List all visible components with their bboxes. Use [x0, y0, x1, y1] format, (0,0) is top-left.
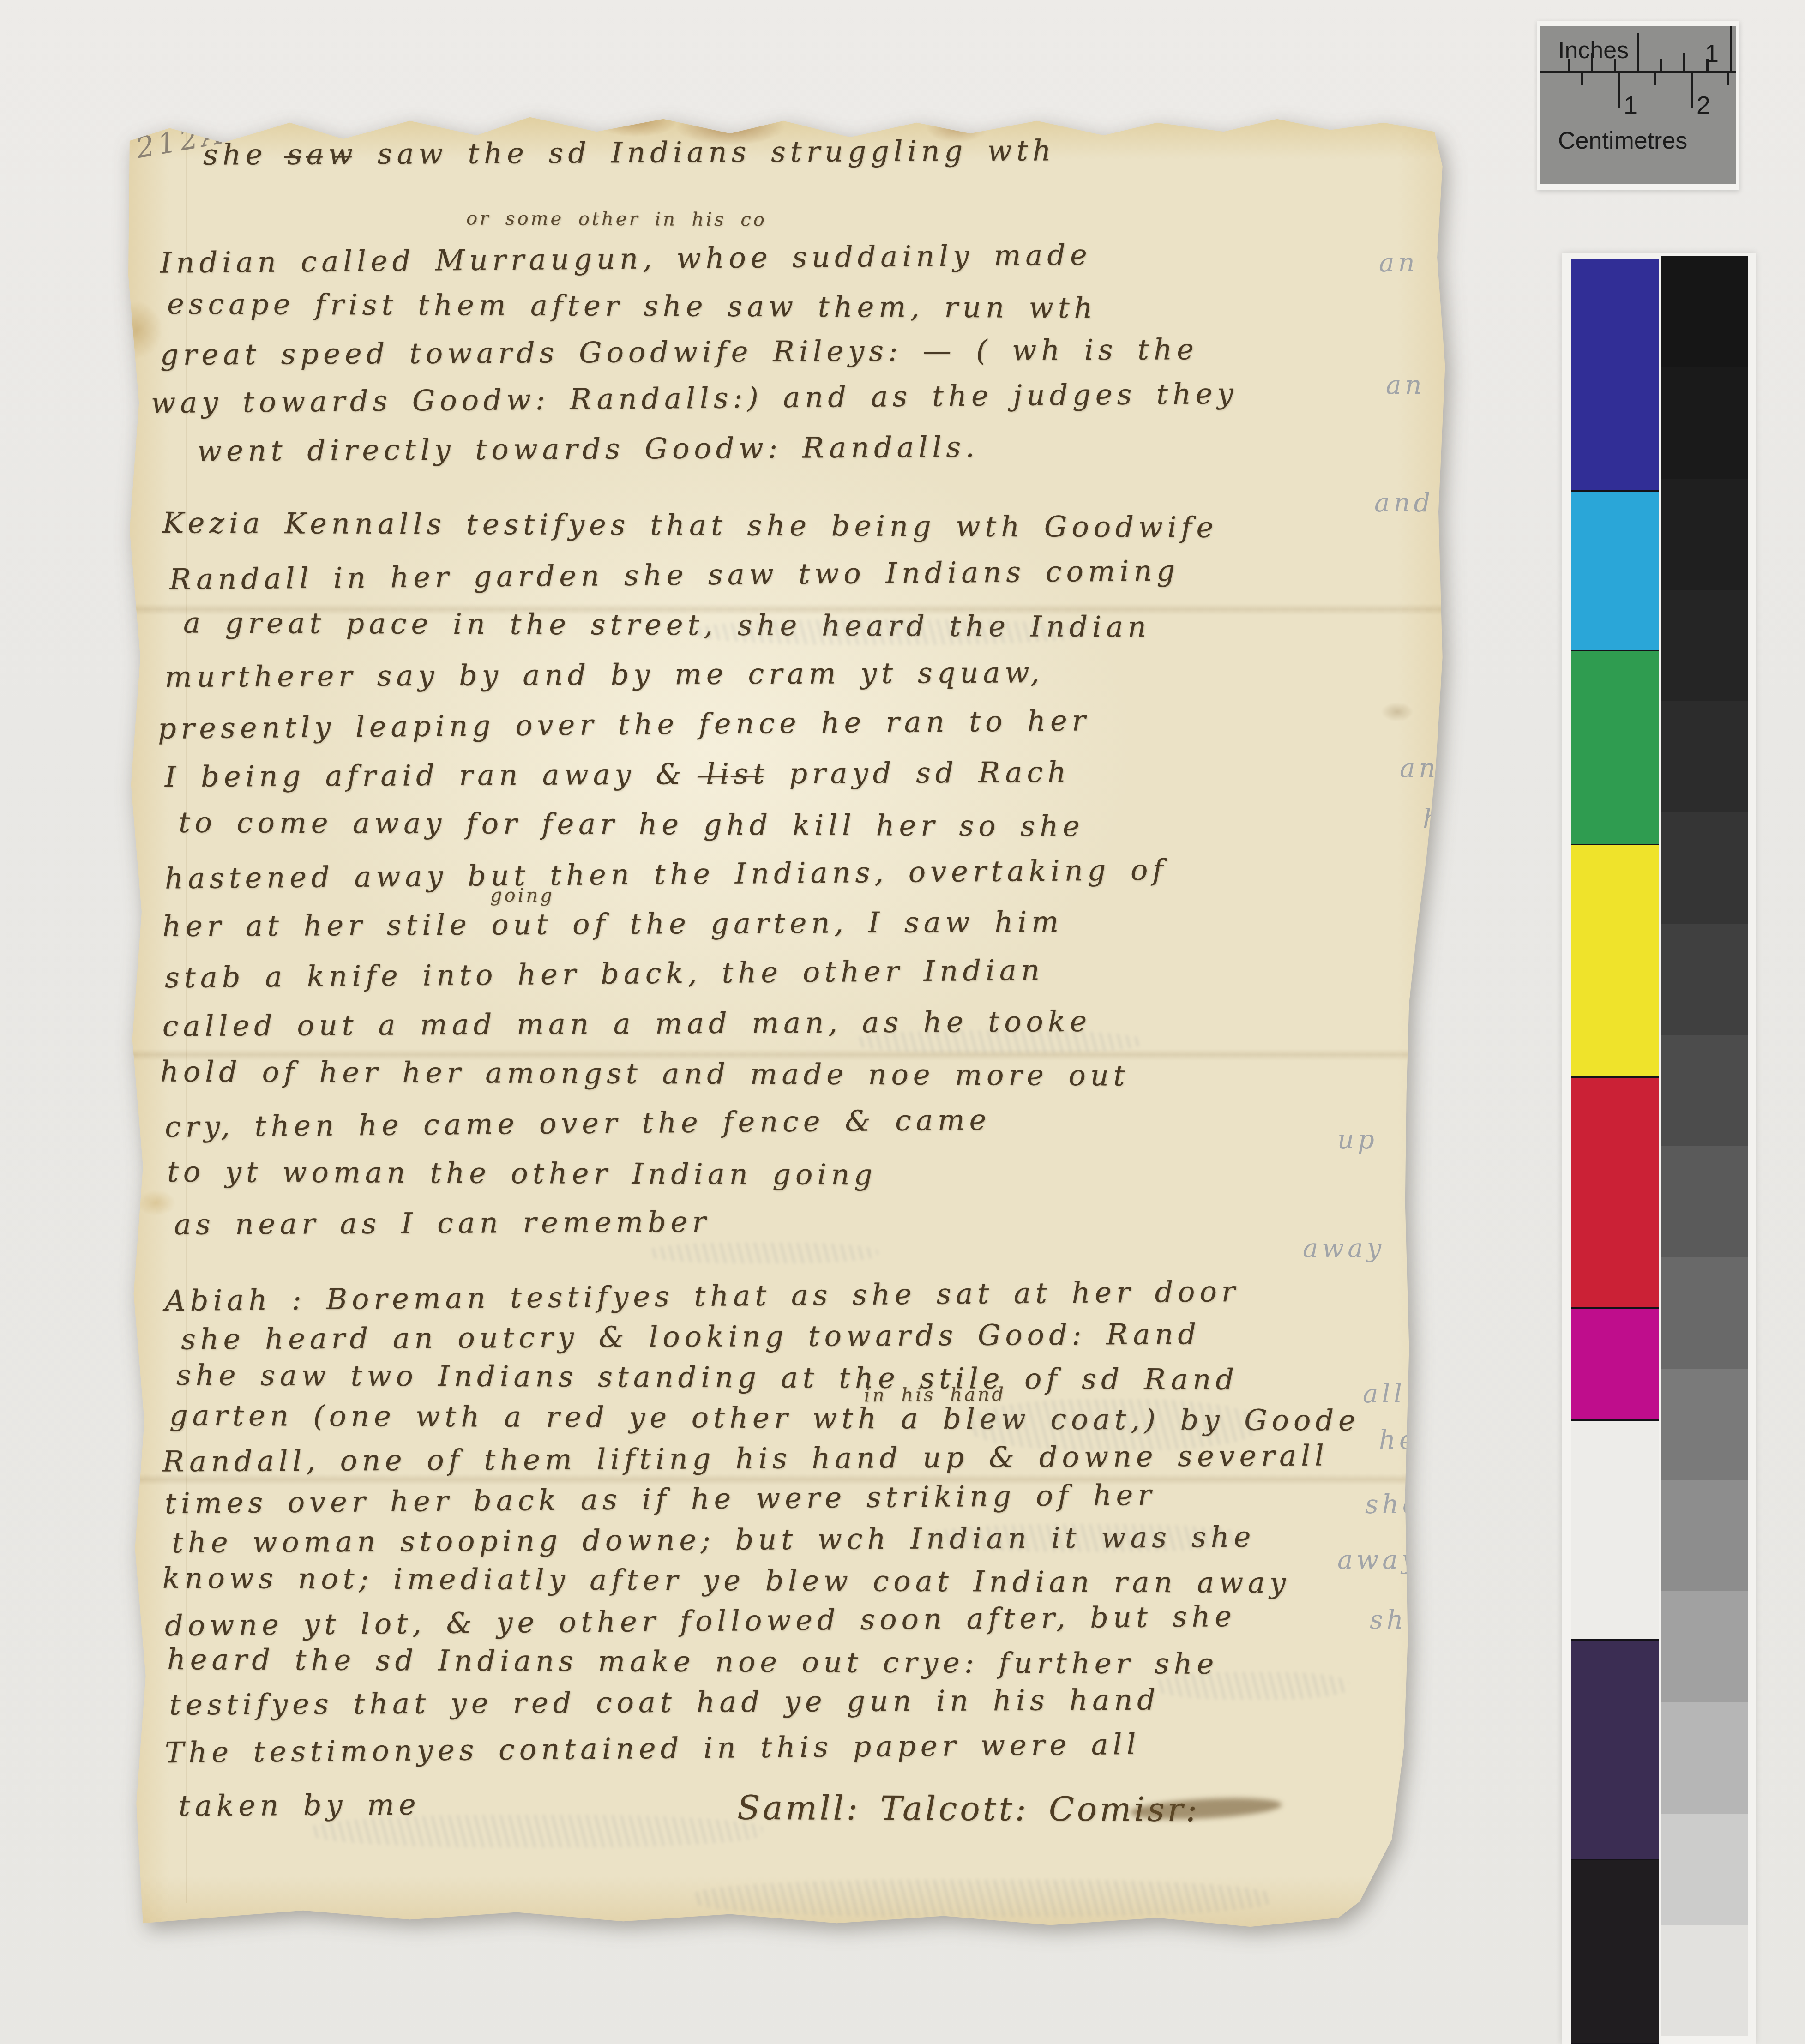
- manuscript-line: knows not; imediatly after ye blew coat …: [162, 1564, 1290, 1598]
- manuscript-line: went directly towards Goodw: Randalls.: [197, 433, 979, 466]
- color-patch: [1571, 845, 1659, 1076]
- ink-bleed-through: [393, 1940, 1086, 1981]
- ink-bleed-through: [310, 1815, 763, 1847]
- manuscript-line: downe yt lot, & ye other followed soon a…: [165, 1602, 1237, 1640]
- color-patch: [1571, 1421, 1659, 1639]
- manuscript-line: murtherer say by and by me cram yt squaw…: [165, 658, 1044, 691]
- archival-photograph: 212A she s̶a̶w̶ saw the sd Indians strug…: [0, 0, 1805, 2044]
- grayscale-step: [1661, 1369, 1748, 1480]
- manuscript-line: Samll: Talcott: Comisr:: [737, 1791, 1200, 1826]
- manuscript-line: cry, then he came over the fence & came: [165, 1106, 991, 1142]
- manuscript-line: heard the sd Indians make noe out crye: …: [167, 1645, 1218, 1678]
- inch-tick-one: [1730, 26, 1732, 71]
- manuscript-line: hastened away but then the Indians, over…: [165, 856, 1168, 893]
- faded-margin-word: up: [1337, 1125, 1378, 1155]
- grayscale-step: [1661, 1925, 1748, 2036]
- grayscale-wedge-strip: [1661, 256, 1748, 2036]
- grayscale-step: [1661, 701, 1748, 812]
- faded-margin-word: away: [1303, 1233, 1385, 1263]
- grayscale-step: [1661, 1591, 1748, 1702]
- faded-margin-word: her: [1379, 1425, 1434, 1455]
- grayscale-step: [1661, 1035, 1748, 1146]
- inch-tick: [1660, 59, 1662, 71]
- manuscript-line: she s̶a̶w̶ saw the sd Indians struggling…: [203, 136, 1056, 169]
- cm-tick: [1581, 73, 1583, 85]
- ruler-card: Inches 1 1 2 Centimetres: [1537, 21, 1739, 190]
- manuscript-line: testifyes that ye red coat had ye gun in…: [169, 1685, 1160, 1719]
- centimetres-label: Centimetres: [1558, 127, 1687, 155]
- faded-margin-word: an: [1379, 248, 1418, 278]
- manuscript-line: escape frist them after she saw them, ru…: [167, 290, 1097, 323]
- grayscale-step: [1661, 1146, 1748, 1257]
- ink-bleed-through: [924, 1524, 1247, 1552]
- ink-bleed-through: [855, 1030, 1141, 1053]
- manuscript-line: she heard an outcry & looking towards Go…: [181, 1320, 1201, 1354]
- color-separation-strip: [1571, 259, 1659, 2044]
- manuscript-line: The testimonyes contained in this paper …: [165, 1730, 1141, 1767]
- faded-margin-word: all: [1363, 1379, 1406, 1409]
- color-patch: [1571, 1641, 1659, 1859]
- inch-tick: [1683, 53, 1685, 71]
- manuscript-line: or some other in his co: [466, 210, 767, 229]
- ink-bleed-through: [970, 1400, 1257, 1450]
- manuscript-paper: 212A she s̶a̶w̶ saw the sd Indians strug…: [116, 112, 1450, 1930]
- manuscript-line: stab a knife into her back, the other In…: [165, 956, 1044, 992]
- faded-margin-word: an: [1386, 370, 1425, 400]
- manuscript-line: way towards Goodw: Randalls:) and as the…: [151, 379, 1238, 418]
- grayscale-step: [1661, 367, 1748, 479]
- manuscript-line: her at her stile out of the garten, I sa…: [162, 908, 1063, 941]
- grayscale-step: [1661, 812, 1748, 924]
- cm-number-1: 1: [1624, 91, 1637, 120]
- inch-tick: [1591, 53, 1593, 71]
- ink-bleed-through: [693, 1880, 1270, 1917]
- faded-margin-word: he: [1423, 804, 1462, 834]
- color-patch: [1571, 492, 1659, 650]
- ink-bleed-through: [693, 619, 1086, 645]
- color-patch: [1571, 651, 1659, 844]
- faded-margin-word: away: [1337, 1545, 1420, 1575]
- grayscale-step: [1661, 1814, 1748, 1925]
- faded-margin-word: she: [1365, 1490, 1421, 1520]
- inch-number-1: 1: [1705, 39, 1719, 68]
- grayscale-step: [1661, 1257, 1748, 1369]
- faded-margin-word: she: [1370, 1605, 1426, 1635]
- manuscript-line: great speed towards Goodwife Rileys: — (…: [160, 335, 1198, 369]
- manuscript-line: as near as I can remember: [174, 1208, 710, 1239]
- grayscale-step: [1661, 590, 1748, 701]
- faded-margin-word: or: [1319, 1914, 1354, 1944]
- grayscale-step: [1661, 256, 1748, 367]
- manuscript-line: she saw two Indians standing at the stil…: [176, 1361, 1239, 1394]
- manuscript-line: Kezia Kennalls testifyes that she being …: [162, 509, 1218, 542]
- ruler-line: [1540, 71, 1736, 73]
- color-patch: [1571, 1860, 1659, 2043]
- faded-margin-word: and: [1400, 753, 1459, 783]
- cm-tick: [1727, 73, 1729, 85]
- manuscript-line: Indian called Murraugun, whoe suddainly …: [160, 240, 1092, 277]
- ink-bleed-through: [1155, 1672, 1349, 1700]
- manuscript-line: Abiah : Boreman testifyes that as she sa…: [165, 1277, 1240, 1315]
- cm-tick-2: [1691, 73, 1693, 108]
- grayscale-step: [1661, 1480, 1748, 1591]
- manuscript-line: I being afraid ran away & l̶i̶s̶t̶ prayd…: [165, 758, 1071, 791]
- color-patch: [1571, 1309, 1659, 1419]
- grayscale-step: [1661, 479, 1748, 590]
- inch-tick-half: [1637, 33, 1639, 71]
- ink-bleed-through: [647, 1243, 878, 1263]
- manuscript-line: hold of her her amongst and made noe mor…: [160, 1057, 1130, 1090]
- manuscript-line: Randall in her garden she saw two Indian…: [169, 556, 1180, 594]
- cm-tick: [1654, 73, 1656, 85]
- faded-margin-word: and: [1374, 488, 1434, 518]
- manuscript-line: taken by me: [179, 1791, 421, 1821]
- manuscript-line: going: [490, 886, 554, 905]
- manuscript-line: to come away for fear he ghd kill her so…: [179, 808, 1084, 841]
- manuscript-line: presently leaping over the fence he ran …: [158, 706, 1090, 743]
- ruler-card-face: Inches 1 1 2 Centimetres: [1540, 26, 1736, 184]
- calibration-strip-card: [1562, 253, 1756, 2044]
- manuscript-line: times over her back as if he were striki…: [165, 1481, 1156, 1518]
- color-patch: [1571, 1078, 1659, 1307]
- inch-tick: [1614, 59, 1616, 71]
- grayscale-step: [1661, 924, 1748, 1035]
- inch-tick: [1568, 59, 1570, 71]
- cm-number-2: 2: [1697, 91, 1710, 120]
- manuscript-line: to yt woman the other Indian going: [167, 1158, 877, 1190]
- grayscale-step: [1661, 1702, 1748, 1814]
- color-patch: [1571, 259, 1659, 490]
- cm-tick-1: [1618, 73, 1620, 108]
